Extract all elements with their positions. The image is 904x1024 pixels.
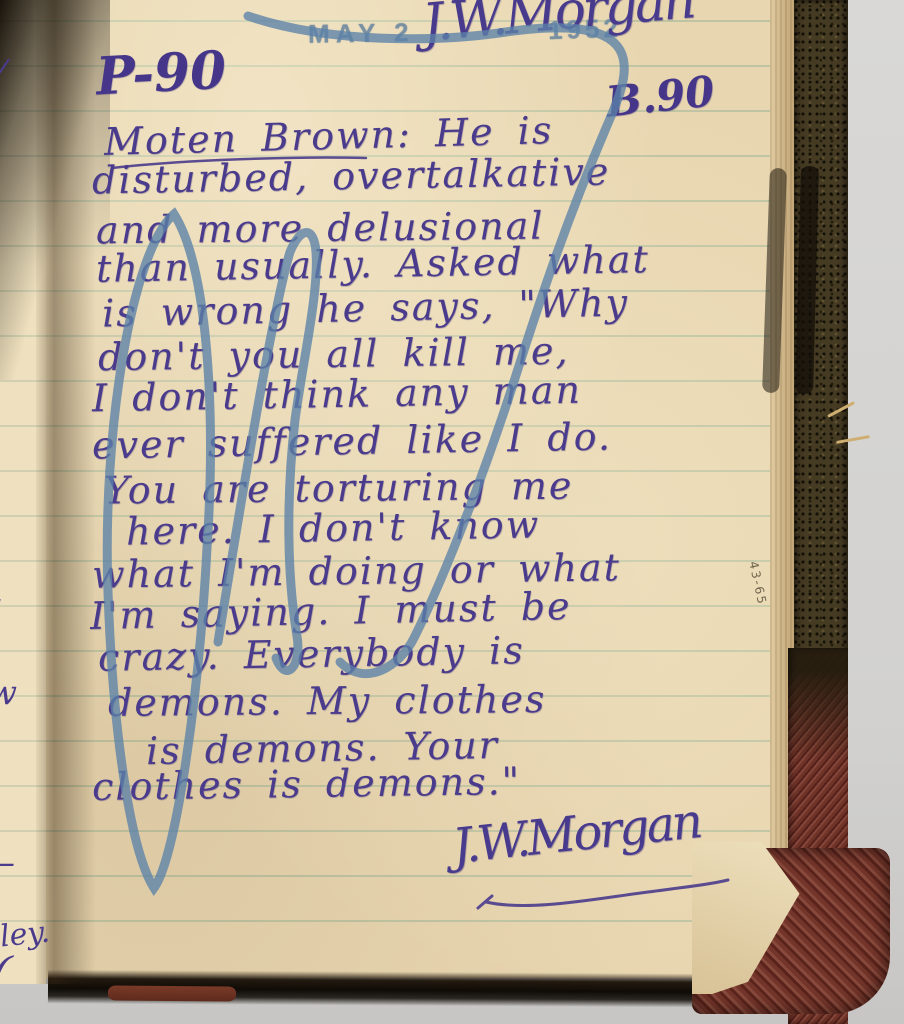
page-code-left: P-90 (95, 45, 228, 104)
handwriting-line: demons. My clothes (108, 680, 547, 722)
handwriting-line: ever suffered like I do. (92, 417, 613, 464)
handwriting-line: disturbed, overtalkative (92, 152, 611, 199)
margin-ink-fragment: w (0, 676, 17, 710)
margin-ink-fragment: – (0, 846, 15, 880)
page-code-right: B.90 (604, 70, 716, 123)
date-stamp-month: MAY 2 (308, 19, 415, 47)
handwriting-line: than usually. Asked what (96, 240, 650, 288)
handwriting-line: I don't think any man (92, 371, 582, 418)
handwriting-line: clothes is demons." (92, 762, 522, 806)
bottom-leather-patch (108, 985, 236, 1001)
handwriting-line: here. I don't know (126, 505, 541, 550)
handwriting-line: crazy. Everybody is (98, 631, 525, 676)
scanned-notebook-page: MAY 2 1952 J.W.Morgan P-90 B.90 Moten Br… (0, 0, 904, 1024)
handwriting-line: is wrong he says, "Why (102, 283, 630, 332)
margin-ink-fragment: l (0, 596, 2, 634)
